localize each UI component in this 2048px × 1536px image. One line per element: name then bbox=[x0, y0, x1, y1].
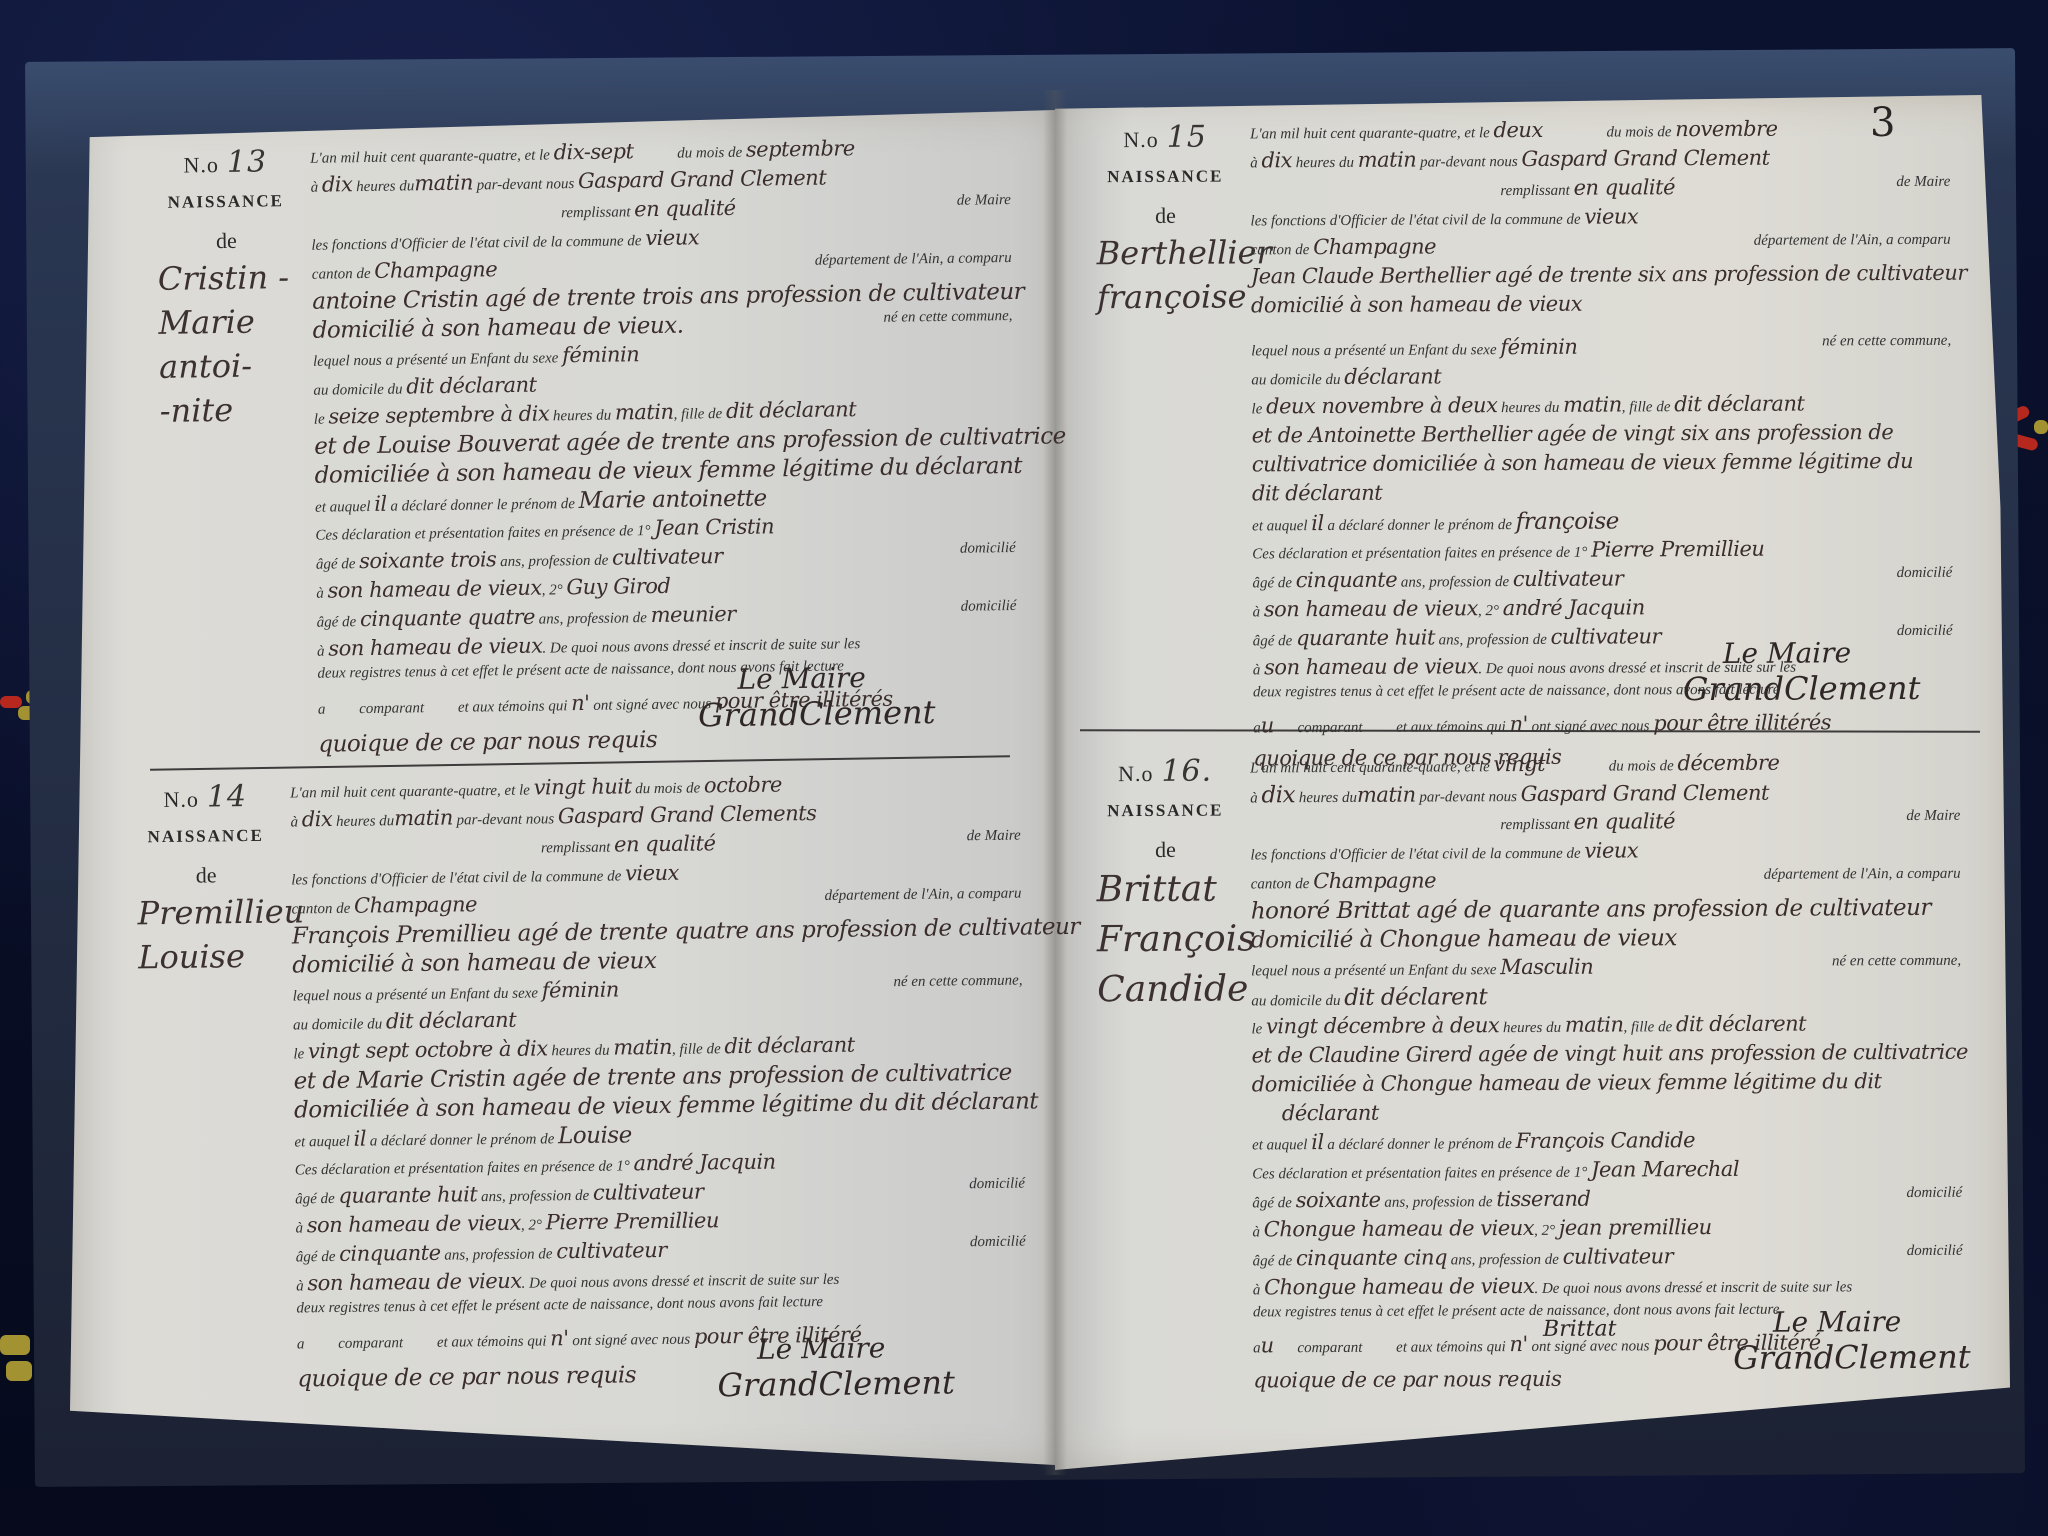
witness1-name: andré Jacquin bbox=[633, 1150, 775, 1176]
declarant-line: honoré Brittat agé de quarante ans profe… bbox=[1251, 895, 1931, 925]
sex-field: féminin bbox=[1500, 335, 1577, 359]
given-name: Louise bbox=[558, 1122, 632, 1149]
witness1-name: Jean Cristin bbox=[654, 514, 774, 540]
de-label: de bbox=[131, 862, 281, 890]
officer-name: Gaspard Grand Clements bbox=[558, 801, 817, 828]
day-field: vingt huit bbox=[533, 774, 631, 799]
de-label: de bbox=[1090, 836, 1240, 863]
witness1-name: Pierre Premillieu bbox=[1591, 537, 1764, 562]
day-field: vingt bbox=[1493, 752, 1545, 776]
entry-number: N.o15 bbox=[1090, 119, 1240, 155]
declarant-line: Jean Claude Berthellier agé de trente si… bbox=[1251, 261, 1967, 289]
entry-number: N.o14 bbox=[130, 779, 280, 816]
naissance-heading: NAISSANCE bbox=[1090, 800, 1240, 821]
declarant-signature: Brittat bbox=[1543, 1317, 1616, 1342]
witness2-name: andré Jacquin bbox=[1503, 595, 1645, 620]
naissance-heading: NAISSANCE bbox=[1090, 166, 1240, 187]
mother-line: et de Antoinette Berthellier agée de vin… bbox=[1252, 420, 1894, 447]
mayor-signature: Le Maire GrandClement bbox=[1683, 636, 1921, 708]
witness2-name: Pierre Premillieu bbox=[545, 1208, 719, 1234]
officer-name: Gaspard Grand Clement bbox=[1521, 146, 1769, 171]
witness1-name: Jean Marechal bbox=[1591, 1157, 1739, 1182]
margin-child-name: Berthellier françoise bbox=[1091, 230, 1241, 319]
mayor-signature: Le Maire GrandClement bbox=[697, 660, 935, 734]
officer-name: Gaspard Grand Clement bbox=[1521, 781, 1769, 806]
margin-child-name: Premillieu Louise bbox=[131, 890, 282, 980]
entry-margin: N.o15 NAISSANCE de Berthellier françoise bbox=[1090, 119, 1241, 319]
sex-field: Masculin bbox=[1500, 955, 1593, 979]
given-name: françoise bbox=[1516, 508, 1619, 535]
entry-margin: N.o14 NAISSANCE de Premillieu Louise bbox=[130, 779, 282, 980]
mayor-signature: Le Maire GrandClement bbox=[717, 1330, 955, 1404]
sex-field: féminin bbox=[562, 342, 639, 367]
mother-line: et de Claudine Girerd agée de vingt huit… bbox=[1252, 1040, 1968, 1068]
month-field: septembre bbox=[746, 136, 855, 162]
day-field: deux bbox=[1493, 118, 1542, 142]
month-field: octobre bbox=[704, 772, 782, 797]
day-field: dix-sept bbox=[553, 139, 633, 164]
given-name: Marie antoinette bbox=[579, 485, 767, 514]
entry-margin: N.o13 NAISSANCE de Cristin - Marie antoi… bbox=[150, 144, 304, 433]
naissance-heading: NAISSANCE bbox=[151, 191, 301, 213]
book-spine-gutter bbox=[1043, 90, 1067, 1475]
margin-child-name: Cristin - Marie antoi- -nite bbox=[152, 255, 304, 433]
margin-child-name: Brittat François Candide bbox=[1091, 864, 1242, 1015]
witness2-name: jean premillieu bbox=[1559, 1215, 1712, 1240]
month-field: décembre bbox=[1677, 751, 1779, 776]
given-name: François Candide bbox=[1516, 1128, 1695, 1153]
mayor-signature: Le Maire GrandClement bbox=[1733, 1305, 1971, 1377]
de-label: de bbox=[151, 227, 301, 255]
month-field: novembre bbox=[1675, 117, 1777, 142]
witness2-name: Guy Girod bbox=[566, 574, 670, 599]
naissance-heading: NAISSANCE bbox=[131, 826, 281, 848]
sex-field: féminin bbox=[542, 977, 619, 1002]
entry-body: L'an mil huit cent quarante-quatre, et l… bbox=[290, 770, 1028, 1407]
entry-number: N.o16. bbox=[1090, 753, 1240, 789]
entry-margin: N.o16. NAISSANCE de Brittat François Can… bbox=[1090, 753, 1241, 1015]
entry-number: N.o13 bbox=[150, 144, 300, 181]
de-label: de bbox=[1090, 202, 1240, 229]
officer-name: Gaspard Grand Clement bbox=[578, 166, 826, 193]
